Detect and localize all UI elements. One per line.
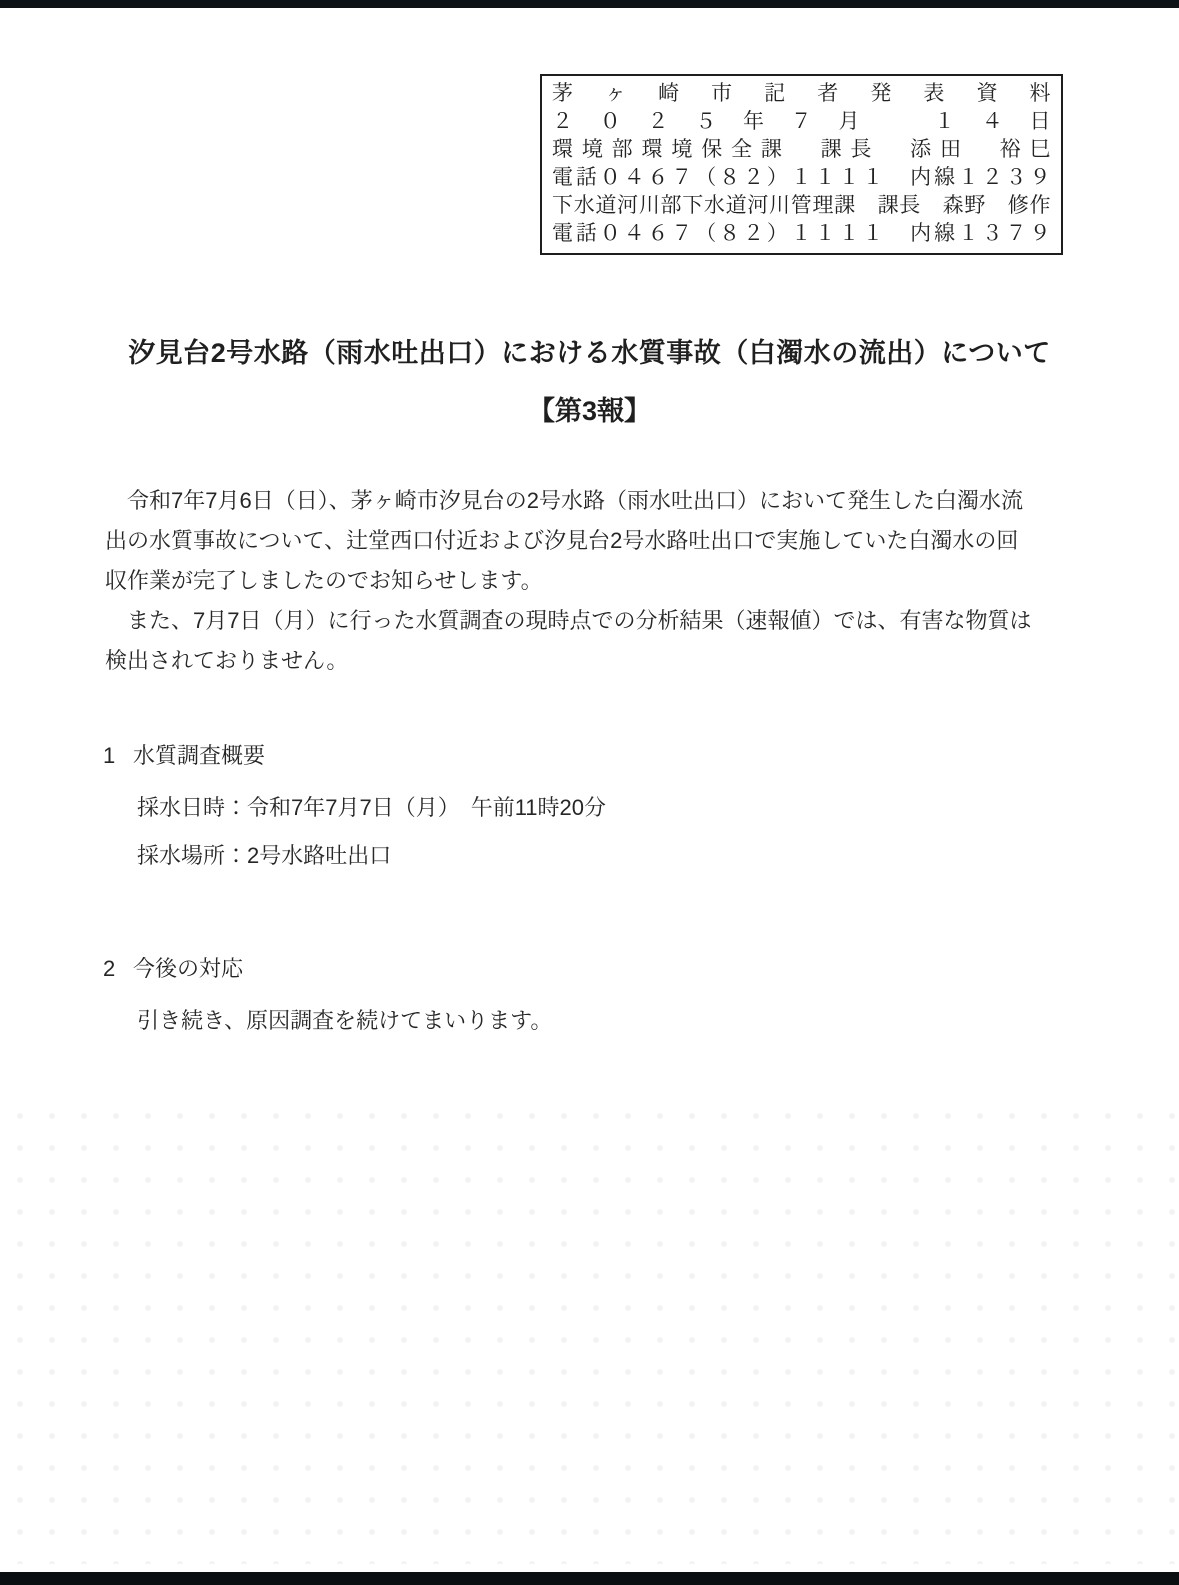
- section-number: 1: [103, 736, 133, 776]
- section-heading: 今後の対応: [133, 949, 243, 989]
- report-number-subtitle: 【第3報】: [0, 389, 1179, 428]
- bottom-letterbox-bar: [0, 1572, 1179, 1585]
- continue-investigation-line: 引き続き、原因調査を続けてまいります。: [103, 997, 1043, 1045]
- body-paragraphs: 令和7年7月6日（日）、茅ヶ崎市汐見台の2号水路（雨水吐出口）において発生した白…: [105, 481, 1037, 681]
- section-heading: 水質調査概要: [133, 736, 265, 776]
- paragraph-recovery-complete: 令和7年7月6日（日）、茅ヶ崎市汐見台の2号水路（雨水吐出口）において発生した白…: [105, 481, 1037, 601]
- contact-box-line-source: 茅ヶ崎市記者発表資料: [552, 80, 1051, 108]
- contact-box-line-env-dept: 環境部環境保全課 課長 添田 裕巳: [552, 136, 1051, 164]
- section-number: 2: [103, 949, 133, 989]
- top-letterbox-bar: [0, 0, 1179, 8]
- press-release-contact-box: 茅ヶ崎市記者発表資料 ２０２５年７月 １４日 環境部環境保全課 課長 添田 裕巳…: [540, 74, 1063, 255]
- screenshot-root: 茅ヶ崎市記者発表資料 ２０２５年７月 １４日 環境部環境保全課 課長 添田 裕巳…: [0, 0, 1179, 1585]
- dot-watermark-pattern: [0, 1090, 1179, 1564]
- document-page: 茅ヶ崎市記者発表資料 ２０２５年７月 １４日 環境部環境保全課 課長 添田 裕巳…: [0, 8, 1179, 1572]
- contact-box-line-date: ２０２５年７月 １４日: [552, 108, 1051, 136]
- contact-box-line-sewer-dept: 下水道河川部下水道河川管理課 課長 森野 修作: [552, 192, 1051, 220]
- paragraph-analysis-result: また、7月7日（月）に行った水質調査の現時点での分析結果（速報値）では、有害な物…: [105, 601, 1037, 681]
- section-future-response: 2 今後の対応 引き続き、原因調査を続けてまいります。: [103, 949, 1043, 1045]
- sampling-location-line: 採水場所：2号水路吐出口: [103, 832, 1043, 880]
- contact-box-line-env-phone: 電話０４６７（８２）１１１１ 内線１２３９: [552, 164, 1051, 192]
- section-heading-row: 1 水質調査概要: [103, 736, 1043, 776]
- document-title: 汐見台2号水路（雨水吐出口）における水質事故（白濁水の流出）について: [0, 331, 1179, 370]
- section-survey-overview: 1 水質調査概要 採水日時：令和7年7月7日（月） 午前11時20分 採水場所：…: [103, 736, 1043, 880]
- section-heading-row: 2 今後の対応: [103, 949, 1043, 989]
- contact-box-line-sewer-phone: 電話０４６７（８２）１１１１ 内線１３７９: [552, 220, 1051, 248]
- sampling-datetime-line: 採水日時：令和7年7月7日（月） 午前11時20分: [103, 784, 1043, 832]
